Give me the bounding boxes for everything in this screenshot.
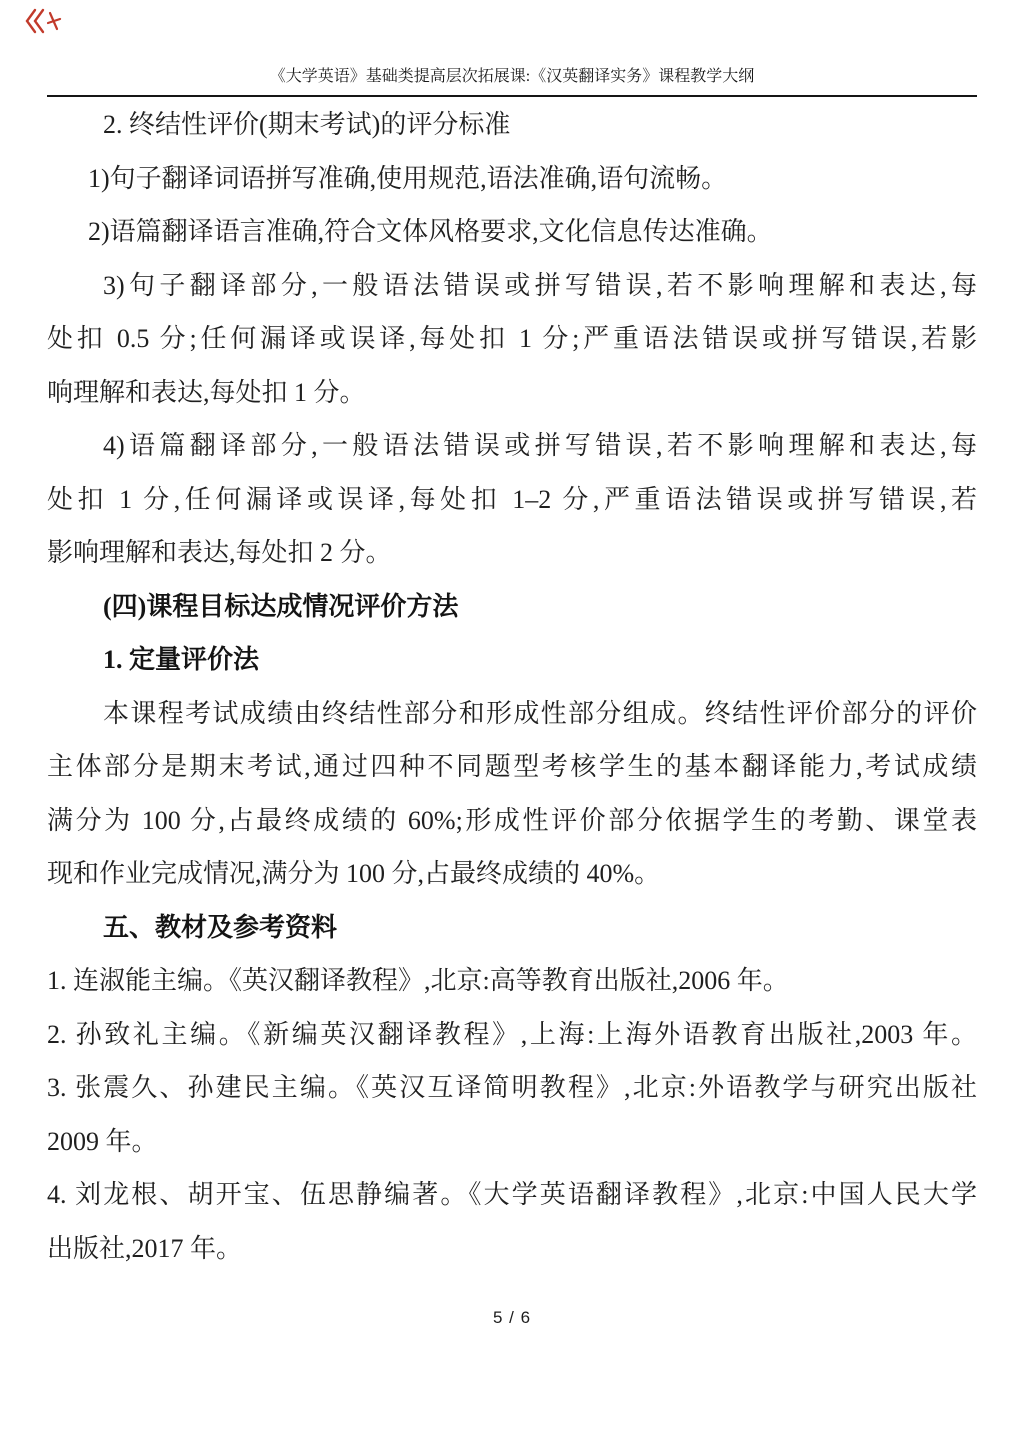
text-line: 3. 张震久、孙建民主编。《英汉互译简明教程》,北京:外语教学与研究出版社	[47, 1061, 977, 1115]
text-line: 主体部分是期末考试,通过四种不同题型考核学生的基本翻译能力,考试成绩	[47, 740, 977, 794]
text-line: 1)句子翻译词语拼写准确,使用规范,语法准确,语句流畅。	[47, 152, 977, 206]
page-number: 5 / 6	[493, 1308, 531, 1327]
text-line: 1. 连淑能主编。《英汉翻译教程》,北京:高等教育出版社,2006 年。	[47, 954, 977, 1008]
text-line: 2)语篇翻译语言准确,符合文体风格要求,文化信息传达准确。	[47, 205, 977, 259]
red-pen-mark-icon	[24, 6, 62, 38]
text-line: 1. 定量评价法	[47, 633, 977, 687]
text-line: 2009 年。	[47, 1115, 977, 1169]
document-body: 2. 终结性评价(期末考试)的评分标准1)句子翻译词语拼写准确,使用规范,语法准…	[47, 98, 977, 1275]
document-header-title: 《大学英语》基础类提高层次拓展课:《汉英翻译实务》课程教学大纲	[47, 66, 977, 88]
text-line: 2. 终结性评价(期末考试)的评分标准	[47, 98, 977, 152]
text-line: 出版社,2017 年。	[47, 1222, 977, 1276]
text-line: (四)课程目标达成情况评价方法	[47, 580, 977, 634]
text-line: 满分为 100 分,占最终成绩的 60%;形成性评价部分依据学生的考勤、课堂表	[47, 794, 977, 848]
text-line: 现和作业完成情况,满分为 100 分,占最终成绩的 40%。	[47, 847, 977, 901]
page-footer: 5 / 6	[0, 1308, 1024, 1328]
text-line: 3)句子翻译部分,一般语法错误或拼写错误,若不影响理解和表达,每	[47, 259, 977, 313]
text-line: 4)语篇翻译部分,一般语法错误或拼写错误,若不影响理解和表达,每	[47, 419, 977, 473]
text-line: 处扣 0.5 分;任何漏译或误译,每处扣 1 分;严重语法错误或拼写错误,若影	[47, 312, 977, 366]
text-line: 2. 孙致礼主编。《新编英汉翻译教程》,上海:上海外语教育出版社,2003 年。	[47, 1008, 977, 1062]
text-line: 影响理解和表达,每处扣 2 分。	[47, 526, 977, 580]
document-page: 《大学英语》基础类提高层次拓展课:《汉英翻译实务》课程教学大纲 2. 终结性评价…	[0, 0, 1024, 1447]
text-line: 4. 刘龙根、胡开宝、伍思静编著。《大学英语翻译教程》,北京:中国人民大学	[47, 1168, 977, 1222]
text-line: 响理解和表达,每处扣 1 分。	[47, 366, 977, 420]
text-line: 本课程考试成绩由终结性部分和形成性部分组成。终结性评价部分的评价	[47, 687, 977, 741]
text-line: 五、教材及参考资料	[47, 901, 977, 955]
text-line: 处扣 1 分,任何漏译或误译,每处扣 1–2 分,严重语法错误或拼写错误,若	[47, 473, 977, 527]
page-header: 《大学英语》基础类提高层次拓展课:《汉英翻译实务》课程教学大纲	[47, 0, 977, 97]
